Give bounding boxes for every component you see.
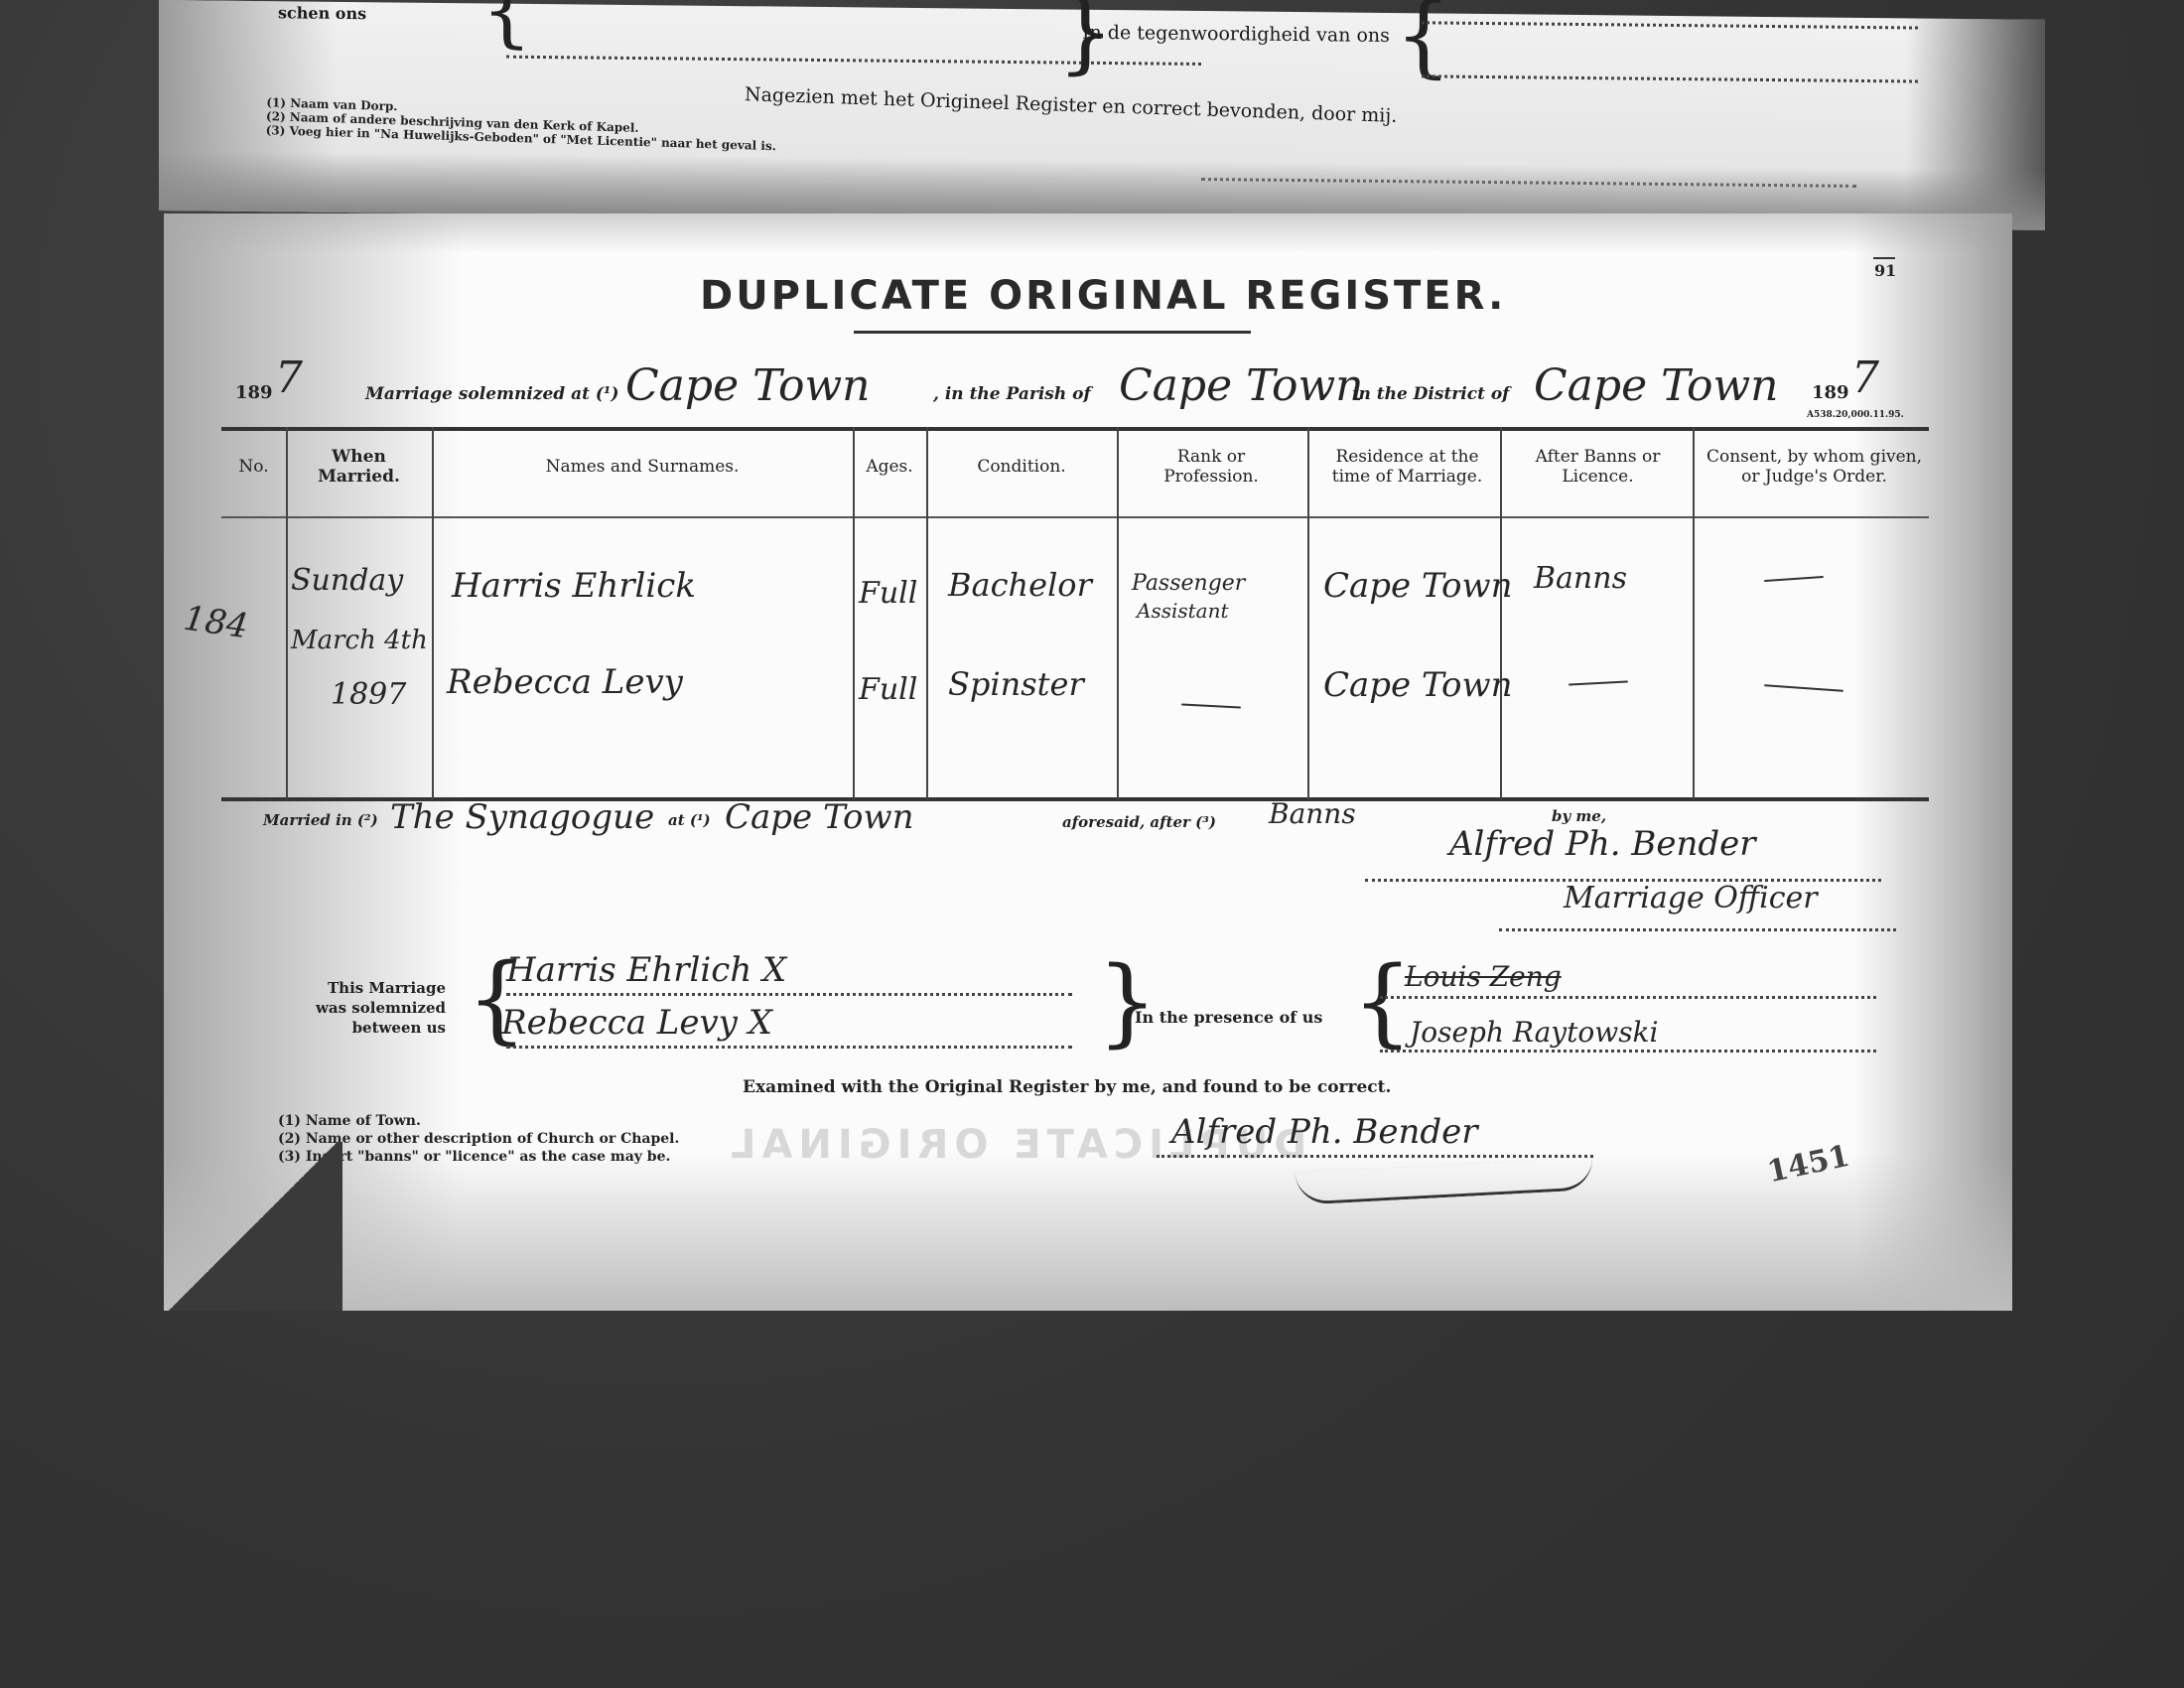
solemnized-value: Cape Town (625, 360, 871, 411)
when-married-date: March 4th (291, 611, 430, 670)
year-handwritten-left: 7 (275, 352, 303, 403)
col-divider-3 (853, 427, 855, 799)
col-header-profession: Rank or Profession. (1132, 447, 1291, 487)
torn-corner (164, 1142, 342, 1311)
groom-signature: Harris Ehrlich X (506, 950, 786, 990)
parties-label-line-3: between us (316, 1018, 446, 1038)
form-code: A538.20,000.11.95. (1807, 410, 1904, 420)
aforesaid-value: Banns (1269, 797, 1356, 830)
bride-age: Full (859, 672, 917, 707)
col-divider-2 (432, 427, 434, 799)
solemnized-label: Marriage solemnized at (¹) (365, 384, 618, 404)
page-number: 91 (1874, 261, 1896, 280)
by-me-label: by me, (1552, 807, 1606, 825)
groom-profession-1: Passenger (1132, 571, 1245, 596)
witness-2: Joseph Raytowski (1410, 1016, 1658, 1049)
witness-1: Louis Zeng (1405, 960, 1562, 993)
bride-signature-line (506, 1046, 1072, 1049)
aforesaid-label: aforesaid, after (³) (1062, 813, 1216, 831)
groom-name: Harris Ehrlick (452, 566, 696, 606)
when-married-year: 1897 (291, 670, 430, 720)
col-header-banns: After Banns or Licence. (1526, 447, 1670, 487)
at-label: at (¹) (668, 811, 711, 829)
groom-banns: Banns (1534, 561, 1627, 596)
presence-brace-left: { (1097, 946, 1158, 1057)
district-label: in the District of (1352, 384, 1510, 404)
prev-witness-line-2 (1422, 74, 1918, 82)
prev-witness-line-1 (1422, 21, 1918, 29)
groom-residence: Cape Town (1323, 566, 1513, 606)
married-in-label: Married in (²) (263, 811, 378, 829)
col-header-condition: Condition. (928, 457, 1115, 477)
col-divider-7 (1500, 427, 1502, 799)
presence-brace-right: { (1352, 946, 1413, 1057)
at-value: Cape Town (725, 797, 914, 837)
col-divider-5 (1117, 427, 1119, 799)
parties-label-line-2: was solemnized (316, 998, 446, 1018)
bride-profession-dash (1181, 703, 1241, 708)
prev-presence-label: In de tegenwoordigheid van ons (1082, 22, 1390, 47)
witness-2-line (1380, 1050, 1876, 1053)
parties-label-line-1: This Marriage (316, 978, 446, 998)
col-divider-6 (1307, 427, 1309, 799)
bride-signature: Rebecca Levy X (501, 1003, 772, 1043)
prev-footnotes: (1) Naam van Dorp. (2) Naam of andere be… (266, 95, 777, 153)
groom-profession-2: Assistant (1137, 599, 1229, 623)
presence-label: In the presence of us (1135, 1008, 1322, 1027)
district-value: Cape Town (1534, 360, 1779, 411)
parish-value: Cape Town (1119, 360, 1364, 411)
page-number-rule (1873, 257, 1895, 259)
when-married-day: Sunday (291, 551, 430, 611)
col-header-when-married: When Married. (293, 447, 425, 487)
register-page: 91 DUPLICATE ORIGINAL REGISTER. 189 7 Ma… (164, 213, 2012, 1311)
table-header-rule (221, 516, 1929, 518)
witness-1-line (1380, 996, 1876, 999)
married-in-value: The Synagogue (390, 797, 654, 837)
prev-between-label: schen ons (278, 3, 366, 23)
col-header-residence: Residence at the time of Marriage. (1315, 447, 1499, 487)
parties-label: This Marriage was solemnized between us (316, 978, 446, 1038)
col-header-no: No. (221, 457, 286, 477)
bleed-through-text: DUPLICATE ORIGINAL (725, 1122, 1306, 1168)
year-handwritten-right: 7 (1851, 352, 1879, 403)
col-divider-1 (286, 427, 288, 799)
footnote-1: (1) Name of Town. (278, 1112, 679, 1130)
officiant-title: Marriage Officer (1564, 881, 1818, 915)
bride-banns-dash (1569, 680, 1628, 685)
year-prefix-left: 189 (235, 382, 273, 403)
year-prefix-right: 189 (1812, 382, 1849, 403)
document-title: DUPLICATE ORIGINAL REGISTER. (700, 273, 1506, 319)
groom-signature-line (506, 993, 1072, 996)
officiant-title-line (1499, 928, 1896, 931)
col-divider-8 (1693, 427, 1695, 799)
groom-condition: Bachelor (948, 566, 1092, 604)
prev-verified-label: Nagezien met het Origineel Register en c… (745, 83, 1398, 127)
col-header-ages: Ages. (855, 457, 924, 477)
col-header-consent: Consent, by whom given, or Judge's Order… (1698, 447, 1931, 487)
groom-consent-dash (1764, 576, 1824, 582)
prev-brace-left: { (481, 0, 532, 57)
col-header-names: Names and Surnames. (434, 457, 851, 477)
bride-consent-dash (1764, 684, 1843, 692)
groom-age: Full (859, 576, 917, 611)
col-divider-4 (926, 427, 928, 799)
bride-condition: Spinster (948, 665, 1084, 703)
officiant-signature: Alfred Ph. Bender (1449, 824, 1756, 864)
verification-label: Examined with the Original Register by m… (743, 1077, 1391, 1097)
previous-register-page: schen ons { { In de tegenwoordigheid van… (159, 0, 2045, 230)
page-shadow-bottom (164, 1152, 2012, 1311)
when-married-cell: Sunday March 4th 1897 (291, 551, 430, 720)
bride-residence: Cape Town (1323, 665, 1513, 705)
table-top-rule (221, 427, 1929, 431)
parish-label: , in the Parish of (933, 384, 1091, 404)
title-underline (854, 331, 1251, 334)
bride-name: Rebecca Levy (447, 662, 683, 702)
